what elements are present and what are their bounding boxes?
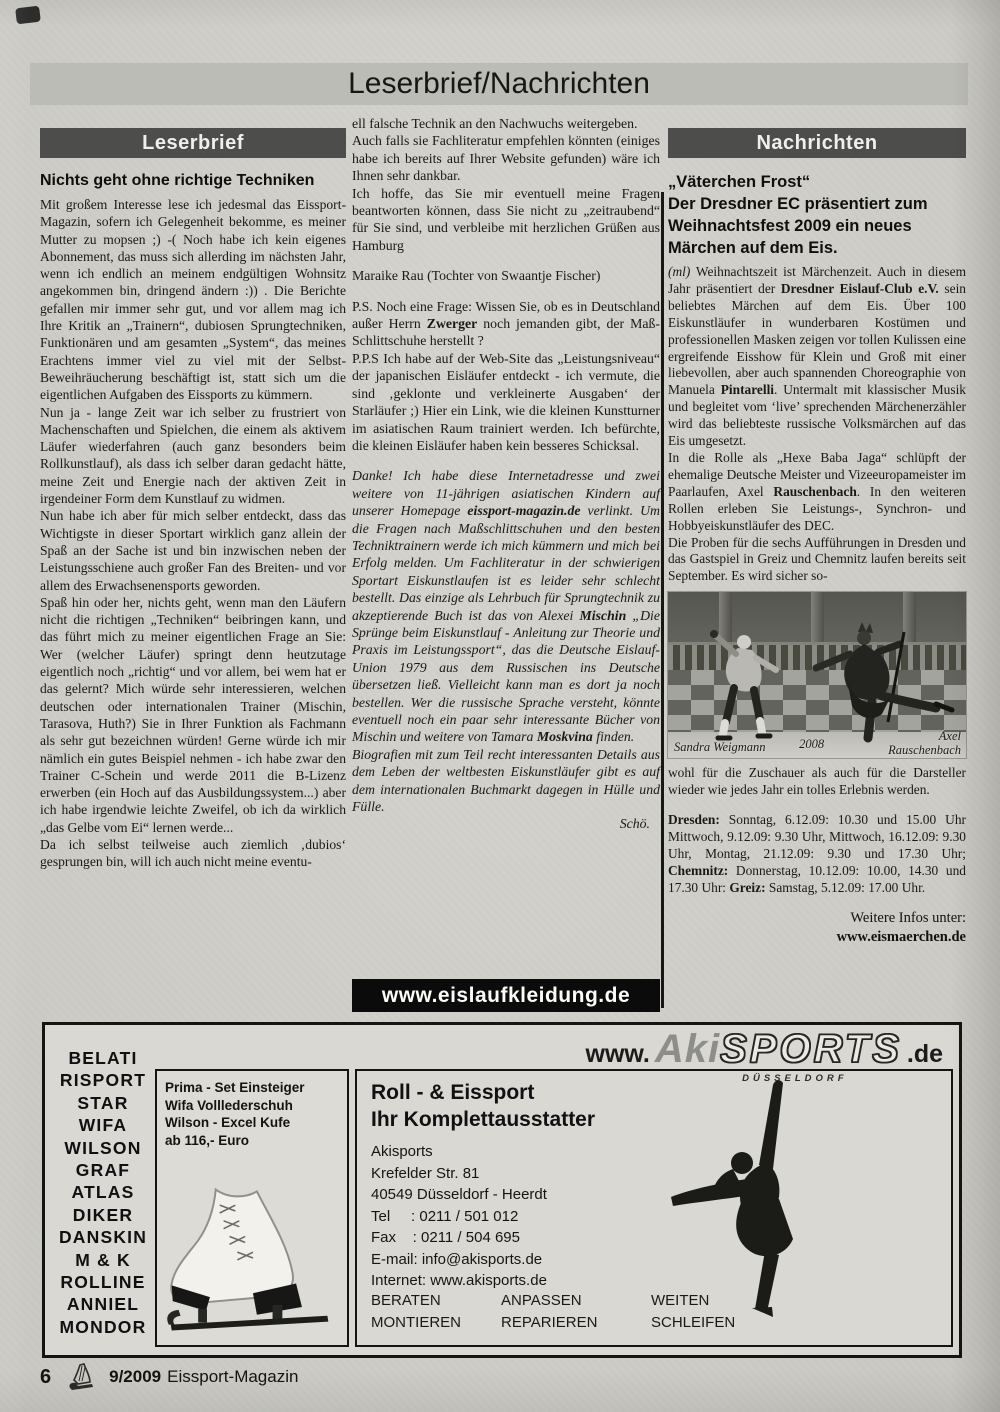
letter-paragraph: Nun habe ich aber für mich selber entdec… [40, 507, 346, 593]
editor-reply-signature: Schö. [352, 815, 660, 832]
text-run: P.P.S Ich habe auf der Web-Site das „Lei… [352, 351, 660, 453]
brand-name: WILSON [47, 1137, 159, 1159]
text-run: verlinkt. Um die Fragen nach Maßschlitts… [352, 503, 660, 622]
text-run: Maraike Rau (Tochter von Swaantje Fische… [352, 268, 600, 283]
brand-name: WIFA [47, 1114, 159, 1136]
text-run: Spaß hin oder her, nichts geht, wenn man… [40, 595, 346, 835]
news-paragraph: (ml) Weihnachtszeit ist Märchenzeit. Auc… [668, 264, 966, 450]
scan-artifact [15, 6, 41, 25]
spacer [668, 799, 966, 812]
page-number: 6 [40, 1366, 51, 1389]
text-run: wohl für die Zuschauer als auch für die … [668, 765, 966, 797]
offer-text: Prima - Set EinsteigerWifa Volllederschu… [165, 1079, 339, 1149]
offer-line: Wifa Volllederschuh [165, 1097, 339, 1115]
magazine-skate-logo-icon [65, 1362, 99, 1392]
text-run: Mischin [580, 608, 627, 623]
services-column: ANPASSENREPARIEREN [501, 1290, 651, 1333]
nachrichten-section-header: Nachrichten [668, 128, 966, 158]
spacer [352, 254, 660, 267]
brand-name: BELATI [47, 1047, 159, 1069]
text-run: Auch falls sie Fachliteratur empfehlen k… [352, 133, 660, 183]
logo-www: www. [586, 1040, 650, 1069]
brand-name: GRAF [47, 1159, 159, 1181]
logo-de: .de [907, 1040, 943, 1069]
brand-list: BELATIRISPORTSTARWIFAWILSONGRAFATLASDIKE… [47, 1047, 159, 1338]
editor-reply-paragraph: Biografien mit zum Teil recht interessan… [352, 746, 660, 816]
text-run: Die Proben für die sechs Aufführungen in… [668, 535, 966, 584]
info-block: Weitere Infos unter: www.eismaerchen.de [668, 909, 966, 948]
akisports-logo: www. Aki SPORTS DÜSSELDORF .de [586, 1027, 943, 1084]
letter-paragraph: Spaß hin oder her, nichts geht, wenn man… [40, 594, 346, 836]
akisports-ad: www. Aki SPORTS DÜSSELDORF .de BELATIRIS… [42, 1022, 962, 1358]
show-photo: Sandra Weigmann 2008 Axel Rauschenbach [668, 592, 966, 758]
services-row: BERATENMONTIEREN ANPASSENREPARIEREN WEIT… [371, 1290, 945, 1333]
address-line: Akisports [371, 1141, 547, 1163]
ice-skate-image [159, 1175, 345, 1343]
text-run: Samstag, 5.12.09: 17.00 Uhr. [766, 880, 926, 895]
brand-name: STAR [47, 1092, 159, 1114]
brand-name: RISPORT [47, 1069, 159, 1091]
text-run: Nun habe ich aber für mich selber entdec… [40, 508, 346, 592]
nachrichten-column: Nachrichten „Väterchen Frost“ Der Dresdn… [668, 118, 966, 948]
letter-title: Nichts geht ohne richtige Techniken [40, 171, 346, 191]
offer-line: Wilson - Excel Kufe [165, 1114, 339, 1132]
text-run: Rauschenbach [773, 484, 856, 499]
caption-year: 2008 [799, 737, 824, 752]
issue-number: 9/2009 [109, 1367, 161, 1387]
column-divider-rule [661, 192, 664, 1008]
address-line: Internet: www.akisports.de [371, 1270, 547, 1292]
editor-reply-paragraph: Danke! Ich habe diese Internetadresse un… [352, 467, 660, 746]
text-run: Nun ja - lange Zeit war ich selber zu fr… [40, 405, 346, 506]
spacer [352, 285, 660, 298]
offer-line: Prima - Set Einsteiger [165, 1079, 339, 1097]
caption-line: Rauschenbach [888, 744, 961, 758]
service-label: ANPASSEN [501, 1290, 651, 1312]
shop-address: AkisportsKrefelder Str. 8140549 Düsseldo… [371, 1141, 547, 1292]
logo-aki: Aki [655, 1027, 720, 1072]
address-line: 40549 Düsseldorf - Heerdt [371, 1184, 547, 1206]
letter-paragraph: Ich hoffe, das Sie mir eventuell meine F… [352, 185, 660, 255]
letter-paragraph: Da ich selbst teilweise auch ziemlich ‚d… [40, 836, 346, 871]
shop-title: Roll - & Eissport Ihr Komplettausstatter [371, 1079, 595, 1133]
letter-pps-paragraph: P.P.S Ich habe auf der Web-Site das „Lei… [352, 350, 660, 454]
logo-sports: SPORTS [720, 1027, 902, 1071]
address-line: E-mail: info@akisports.de [371, 1249, 547, 1271]
magazine-name: Eissport-Magazin [167, 1367, 298, 1387]
text-run: Chemnitz: [668, 863, 728, 878]
text-run: Greiz: [729, 880, 765, 895]
service-label: REPARIEREN [501, 1312, 651, 1334]
services-column: WEITENSCHLEIFEN [651, 1290, 735, 1333]
news-paragraph: wohl für die Zuschauer als auch für die … [668, 765, 966, 799]
shop-box: Roll - & Eissport Ihr Komplettausstatter… [355, 1069, 953, 1347]
text-run: Pintarelli [721, 382, 774, 397]
brand-name: ROLLINE [47, 1271, 159, 1293]
show-dates-paragraph: Dresden: Sonntag, 6.12.09: 10.30 und 15.… [668, 812, 966, 897]
text-run: Da ich selbst teilweise auch ziemlich ‚d… [40, 837, 346, 869]
nachrichten-section-label: Nachrichten [756, 132, 877, 155]
page-header: Leserbrief/Nachrichten [30, 63, 968, 105]
service-label: BERATEN [371, 1290, 501, 1312]
address-line: Tel : 0211 / 501 012 [371, 1206, 547, 1228]
news-paragraph: In die Rolle als „Hexe Baba Jaga“ schlüp… [668, 450, 966, 535]
leserbrief-section-label: Leserbrief [142, 132, 244, 155]
text-run: Mit großem Interesse lese ich jedesmal d… [40, 197, 346, 402]
text-run: finden. [593, 729, 634, 744]
news-headline-quote: „Väterchen Frost“ [668, 171, 966, 193]
text-run: Ich hoffe, das Sie mir eventuell meine F… [352, 186, 660, 253]
info-url: www.eismaerchen.de [668, 928, 966, 948]
letter-paragraph: Auch falls sie Fachliteratur empfehlen k… [352, 132, 660, 184]
shop-title-line2: Ihr Komplettausstatter [371, 1106, 595, 1133]
service-label: MONTIEREN [371, 1312, 501, 1334]
spacer [352, 454, 660, 467]
shop-title-line1: Roll - & Eissport [371, 1079, 595, 1106]
letter-paragraph: ell falsche Technik an den Nachwuchs wei… [352, 115, 660, 132]
letter-ps-paragraph: P.S. Noch eine Frage: Wissen Sie, ob es … [352, 298, 660, 350]
letter-paragraph: Mit großem Interesse lese ich jedesmal d… [40, 196, 346, 404]
news-paragraph: Die Proben für die sechs Aufführungen in… [668, 535, 966, 586]
info-label: Weitere Infos unter: [668, 909, 966, 929]
text-run: (ml) [668, 264, 690, 279]
caption-sandra-weigmann: Sandra Weigmann [674, 740, 766, 755]
page-footer: 6 9/2009 Eissport-Magazin [40, 1362, 298, 1392]
brand-name: DANSKIN [47, 1226, 159, 1248]
offer-line: ab 116,- Euro [165, 1132, 339, 1150]
text-run: „Die Sprünge beim Eiskunstlauf - Anleitu… [352, 608, 660, 745]
text-run: eissport-magazin.de [467, 503, 580, 518]
brand-name: M & K [47, 1249, 159, 1271]
text-run: sein beliebtes Märchen auf dem Eis. Über… [668, 281, 966, 397]
brand-name: ATLAS [47, 1181, 159, 1203]
address-line: Fax : 0211 / 504 695 [371, 1227, 547, 1249]
leserbrief-section-header: Leserbrief [40, 128, 346, 158]
text-run: Moskvina [537, 729, 593, 744]
eislaufkleidung-banner: www.eislaufkleidung.de [352, 979, 660, 1012]
leserbrief-column: Leserbrief Nichts geht ohne richtige Tec… [40, 118, 346, 871]
caption-line: Axel [888, 730, 961, 744]
page-header-title: Leserbrief/Nachrichten [348, 67, 650, 101]
caption-axel-rauschenbach: Axel Rauschenbach [888, 730, 961, 757]
letter-paragraph: Nun ja - lange Zeit war ich selber zu fr… [40, 404, 346, 508]
letter-signature-line: Maraike Rau (Tochter von Swaantje Fische… [352, 267, 660, 284]
text-run: Biografien mit zum Teil recht interessan… [352, 747, 660, 814]
eislaufkleidung-url: www.eislaufkleidung.de [382, 984, 630, 1008]
logo-sports-wrap: SPORTS DÜSSELDORF [720, 1027, 902, 1084]
letter-continued-column: ell falsche Technik an den Nachwuchs wei… [352, 115, 660, 1012]
text-run: ell falsche Technik an den Nachwuchs wei… [352, 116, 637, 131]
magazine-page: Leserbrief/Nachrichten Leserbrief Nichts… [0, 0, 1000, 1412]
service-label: WEITEN [651, 1290, 735, 1312]
brand-name: ANNIEL [47, 1293, 159, 1315]
service-label: SCHLEIFEN [651, 1312, 735, 1334]
services-column: BERATENMONTIEREN [371, 1290, 501, 1333]
brand-name: MONDOR [47, 1316, 159, 1338]
brand-name: DIKER [47, 1204, 159, 1226]
text-run: Dresden: [668, 812, 720, 827]
text-run: Dresdner Eislauf-Club e.V. [781, 281, 939, 296]
news-headline: Der Dresdner EC präsentiert zum Weihnach… [668, 193, 966, 259]
logo-city: DÜSSELDORF [742, 1073, 847, 1084]
skater-silhouette [667, 1077, 867, 1323]
offer-box: Prima - Set EinsteigerWifa Volllederschu… [155, 1069, 349, 1347]
text-run: Zwerger [427, 316, 478, 331]
address-line: Krefelder Str. 81 [371, 1163, 547, 1185]
